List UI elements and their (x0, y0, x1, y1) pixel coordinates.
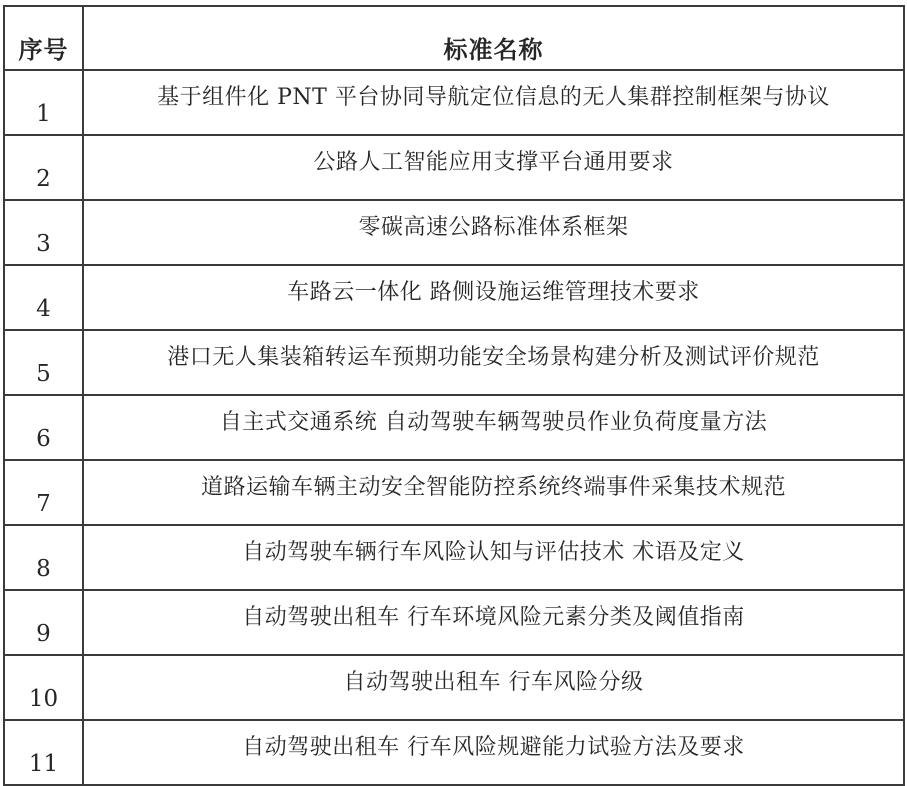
header-cell-name: 标准名称 (83, 6, 904, 70)
row-number: 3 (36, 231, 51, 257)
row-number-cell: 9 (4, 590, 83, 655)
standard-name-cell: 零碳高速公路标准体系框架 (83, 200, 904, 265)
row-number: 2 (36, 166, 51, 192)
table-row: 7 道路运输车辆主动安全智能防控系统终端事件采集技术规范 (4, 460, 904, 525)
standard-name: 港口无人集装箱转运车预期功能安全场景构建分析及测试评价规范 (167, 345, 820, 370)
row-number-cell: 1 (4, 70, 83, 135)
table-header-row: 序号 标准名称 (4, 6, 904, 70)
standard-name: 自动驾驶出租车 行车环境风险元素分类及阈值指南 (242, 605, 745, 630)
table-row: 9 自动驾驶出租车 行车环境风险元素分类及阈值指南 (4, 590, 904, 655)
standard-name: 自动驾驶出租车 行车风险分级 (344, 670, 644, 695)
table-row: 8 自动驾驶车辆行车风险认知与评估技术 术语及定义 (4, 525, 904, 590)
standard-name-cell: 公路人工智能应用支撑平台通用要求 (83, 135, 904, 200)
standards-table: 序号 标准名称 1 基于组件化 PNT 平台协同导航定位信息的无人集群控制框架与… (3, 5, 905, 786)
standard-name-cell: 基于组件化 PNT 平台协同导航定位信息的无人集群控制框架与协议 (83, 70, 904, 135)
standard-name-cell: 自动驾驶车辆行车风险认知与评估技术 术语及定义 (83, 525, 904, 590)
row-number-cell: 10 (4, 655, 83, 720)
row-number: 8 (36, 556, 51, 582)
header-label-no: 序号 (19, 35, 69, 64)
table-row: 1 基于组件化 PNT 平台协同导航定位信息的无人集群控制框架与协议 (4, 70, 904, 135)
standard-name: 零碳高速公路标准体系框架 (358, 215, 628, 240)
row-number: 1 (36, 101, 51, 127)
table-row: 10 自动驾驶出租车 行车风险分级 (4, 655, 904, 720)
standard-name: 道路运输车辆主动安全智能防控系统终端事件采集技术规范 (201, 475, 786, 500)
table-row: 11 自动驾驶出租车 行车风险规避能力试验方法及要求 (4, 720, 904, 785)
standard-name-cell: 车路云一体化 路侧设施运维管理技术要求 (83, 265, 904, 330)
document-page: 序号 标准名称 1 基于组件化 PNT 平台协同导航定位信息的无人集群控制框架与… (0, 0, 907, 786)
row-number-cell: 4 (4, 265, 83, 330)
table-row: 4 车路云一体化 路侧设施运维管理技术要求 (4, 265, 904, 330)
standard-name-cell: 自动驾驶出租车 行车环境风险元素分类及阈值指南 (83, 590, 904, 655)
standard-name: 基于组件化 PNT 平台协同导航定位信息的无人集群控制框架与协议 (157, 85, 830, 110)
header-cell-no: 序号 (4, 6, 83, 70)
row-number: 9 (36, 621, 51, 647)
row-number-cell: 11 (4, 720, 83, 785)
standard-name: 自动驾驶车辆行车风险认知与评估技术 术语及定义 (242, 540, 745, 565)
standard-name-cell: 港口无人集装箱转运车预期功能安全场景构建分析及测试评价规范 (83, 330, 904, 395)
row-number: 11 (29, 751, 58, 777)
standard-name-cell: 自动驾驶出租车 行车风险规避能力试验方法及要求 (83, 720, 904, 785)
standard-name-cell: 道路运输车辆主动安全智能防控系统终端事件采集技术规范 (83, 460, 904, 525)
header-label-name: 标准名称 (444, 35, 544, 64)
row-number-cell: 8 (4, 525, 83, 590)
standard-name-cell: 自主式交通系统 自动驾驶车辆驾驶员作业负荷度量方法 (83, 395, 904, 460)
row-number-cell: 6 (4, 395, 83, 460)
row-number: 4 (36, 296, 51, 322)
standard-name: 自动驾驶出租车 行车风险规避能力试验方法及要求 (242, 735, 745, 760)
row-number-cell: 5 (4, 330, 83, 395)
standard-name-cell: 自动驾驶出租车 行车风险分级 (83, 655, 904, 720)
table-row: 3 零碳高速公路标准体系框架 (4, 200, 904, 265)
row-number: 6 (36, 426, 51, 452)
standard-name: 公路人工智能应用支撑平台通用要求 (313, 150, 673, 175)
table-row: 5 港口无人集装箱转运车预期功能安全场景构建分析及测试评价规范 (4, 330, 904, 395)
row-number-cell: 3 (4, 200, 83, 265)
table-row: 2 公路人工智能应用支撑平台通用要求 (4, 135, 904, 200)
row-number: 5 (36, 361, 51, 387)
row-number-cell: 7 (4, 460, 83, 525)
row-number: 10 (29, 686, 58, 712)
table-row: 6 自主式交通系统 自动驾驶车辆驾驶员作业负荷度量方法 (4, 395, 904, 460)
row-number: 7 (36, 491, 51, 517)
standard-name: 车路云一体化 路侧设施运维管理技术要求 (287, 280, 700, 305)
row-number-cell: 2 (4, 135, 83, 200)
standard-name: 自主式交通系统 自动驾驶车辆驾驶员作业负荷度量方法 (220, 410, 768, 435)
